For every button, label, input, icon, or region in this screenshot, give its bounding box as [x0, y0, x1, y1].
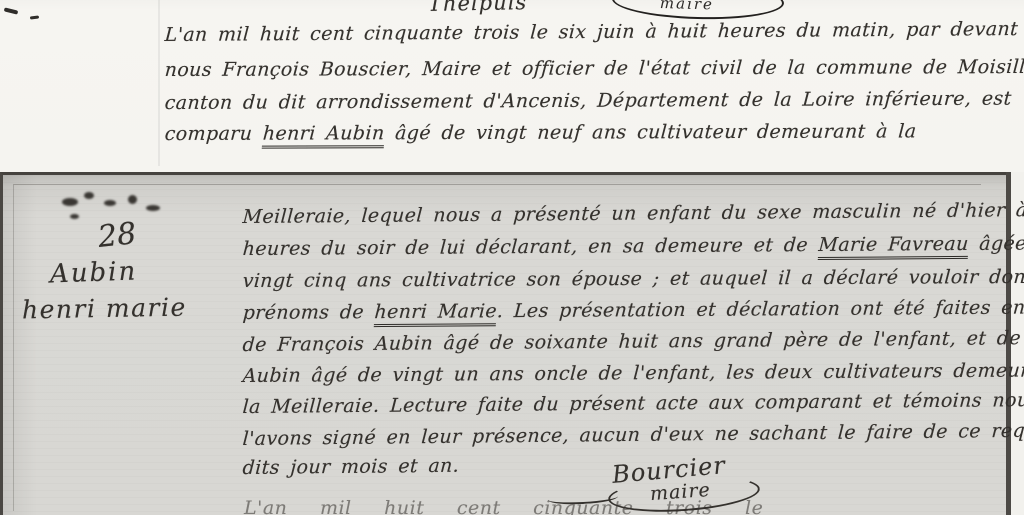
previous-act-signature-fragment: Thelpuis	[428, 0, 528, 16]
record-line: heures du soir de lui déclarant, en sa d…	[242, 232, 1024, 260]
ink-smudge	[84, 192, 94, 199]
underlined-name-henri-aubin: henri Aubin	[262, 122, 385, 148]
line-text: dits jour mois et an.	[242, 455, 460, 479]
record-line: dits jour mois et an.	[242, 455, 460, 479]
upper-page: Thelpuis maire L'an mil huit cent cinqua…	[0, 0, 1024, 172]
line-text: L'an mil huit cent cinquante trois le si…	[164, 18, 1019, 46]
scanned-register-image: Thelpuis maire L'an mil huit cent cinqua…	[0, 0, 1024, 515]
ink-smudge	[62, 198, 78, 206]
next-entry-fragment: L'an mil huit cent cinquante trois le	[244, 497, 763, 515]
margin-surname: Aubin	[50, 256, 138, 289]
margin-given-names: henri marie	[22, 293, 187, 325]
line-text: vingt cinq ans cultivatrice son épouse ;…	[242, 266, 1024, 292]
ink-smudge	[104, 200, 116, 206]
underlined-name-marie-favreau: Marie Favreau	[818, 233, 970, 260]
margin-entry-number: 28	[96, 216, 138, 255]
line-text: . Les présentation et déclaration ont ét…	[496, 296, 1024, 322]
signature-flourish-oval: maire	[612, 0, 785, 21]
underlined-name-henri-marie: henri Marie	[374, 300, 498, 327]
ink-smudge	[146, 205, 160, 211]
record-line: canton du dit arrondissement d'Ancenis, …	[164, 88, 1012, 114]
margin-rule-line	[158, 0, 160, 166]
record-line: L'an mil huit cent cinquante trois le si…	[164, 18, 1019, 46]
ink-speck	[4, 7, 19, 14]
record-line: vingt cinq ans cultivatrice son épouse ;…	[242, 266, 1024, 292]
ink-smudge	[70, 214, 79, 219]
ink-smudge	[128, 195, 137, 204]
flourish-word: maire	[660, 0, 714, 13]
line-text: canton du dit arrondissement d'Ancenis, …	[164, 88, 1012, 114]
line-text: comparu	[164, 123, 264, 145]
line-text: prénoms de	[242, 301, 375, 324]
line-text: âgé de vingt neuf ans cultivateur demeur…	[384, 120, 917, 144]
record-line: comparu henri Aubin âgé de vingt neuf an…	[164, 120, 917, 145]
ink-speck	[30, 15, 39, 19]
record-line: nous François Bouscier, Maire et officie…	[164, 56, 1024, 81]
line-text: âgée de	[968, 232, 1024, 255]
line-text: nous François Bouscier, Maire et officie…	[164, 56, 1024, 81]
line-text: heures du soir de lui déclarant, en sa d…	[242, 234, 819, 260]
